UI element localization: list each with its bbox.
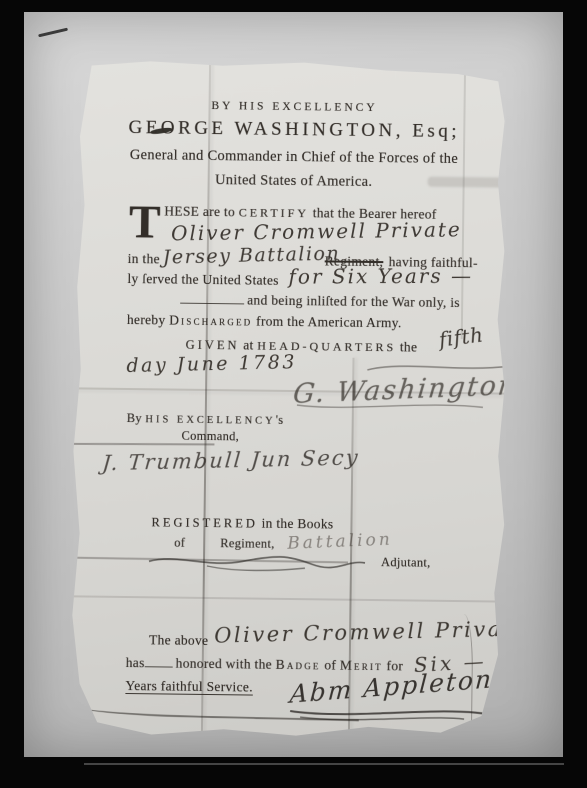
registered-line: Registered in the Books xyxy=(151,514,333,532)
heading-commander-title: General and Commander in Chief of the Fo… xyxy=(68,146,520,169)
badge-word: Badge xyxy=(276,657,321,673)
merit-word: Merit xyxy=(340,658,383,674)
given-word: Given xyxy=(186,338,240,353)
blank-rule xyxy=(145,662,173,667)
at-word: at xyxy=(239,337,257,352)
in-the-label: in the xyxy=(128,251,160,267)
served-line: ly ſerved the United States xyxy=(127,271,279,289)
officer-signature-flourish xyxy=(286,705,486,725)
secretary-signature: J. Trumbull Jun Secy xyxy=(101,445,360,475)
photo-frame: By His Excellency GEORGE WASHINGTON, Esq… xyxy=(0,0,587,788)
signature-flourish xyxy=(365,358,515,376)
of-word-2: of xyxy=(321,657,340,672)
crease-line xyxy=(63,595,515,602)
frame-edge-highlight xyxy=(84,763,564,765)
certify-line-pre: HESE are to xyxy=(164,203,239,219)
torn-edge-line xyxy=(67,374,72,684)
in-books-text: in the Books xyxy=(258,516,334,532)
the-word: the xyxy=(396,339,417,354)
discharged-line: hereby Discharged from the American Army… xyxy=(127,312,402,331)
heading-united-states: United States of America. xyxy=(68,170,520,193)
signature-paraph xyxy=(295,397,485,413)
discharged-word: Discharged xyxy=(169,313,252,329)
scratch-mark xyxy=(38,28,68,37)
by-excellencys-line: By His Excellency's xyxy=(127,411,284,428)
honored-text: honored with the xyxy=(176,656,276,672)
from-army-text: from the American Army. xyxy=(252,314,401,331)
heading-by-excellency: By His Excellency xyxy=(69,98,521,116)
adjutant-word: Adjutant, xyxy=(381,555,431,571)
blank-rule xyxy=(180,299,244,305)
photo-backdrop: By His Excellency GEORGE WASHINGTON, Esq… xyxy=(24,12,563,757)
adjutant-signature-scrawl xyxy=(147,549,367,578)
certify-word: Certify xyxy=(239,205,309,220)
registered-unit-handwritten: Battalion xyxy=(287,530,393,554)
hereby-word: hereby xyxy=(127,312,169,328)
badge-line: hashonored with the Badge of Merit for xyxy=(126,655,404,674)
of-word: of xyxy=(174,536,185,551)
heading-george-washington: GEORGE WASHINGTON, Esq; xyxy=(68,116,520,144)
has-word: has xyxy=(126,655,145,670)
service-line: Years faithful Service. xyxy=(125,678,253,696)
term-handwritten: for Six Years — xyxy=(288,264,473,289)
day-number-handwritten: fifth xyxy=(437,322,484,351)
date-handwritten: day June 1783 xyxy=(126,351,297,377)
registered-word: Registered xyxy=(151,515,258,530)
command-word: Command, xyxy=(181,429,239,445)
badge-name-handwritten: Oliver Cromwell Private xyxy=(214,616,529,647)
drop-cap-T: T xyxy=(129,203,161,243)
his-excellency-word: His Excellency xyxy=(145,414,275,427)
the-above-label: The above xyxy=(149,632,209,649)
by-word: By xyxy=(127,411,146,425)
inlisted-text: and being inliſted for the War only, is xyxy=(247,292,460,310)
bearer-name-handwritten: Oliver Cromwell Private xyxy=(171,217,462,245)
inlisted-line: and being inliſted for the War only, is xyxy=(180,292,460,311)
discharge-certificate-paper: By His Excellency GEORGE WASHINGTON, Esq… xyxy=(61,54,521,743)
apostrophe-s: 's xyxy=(276,413,284,427)
